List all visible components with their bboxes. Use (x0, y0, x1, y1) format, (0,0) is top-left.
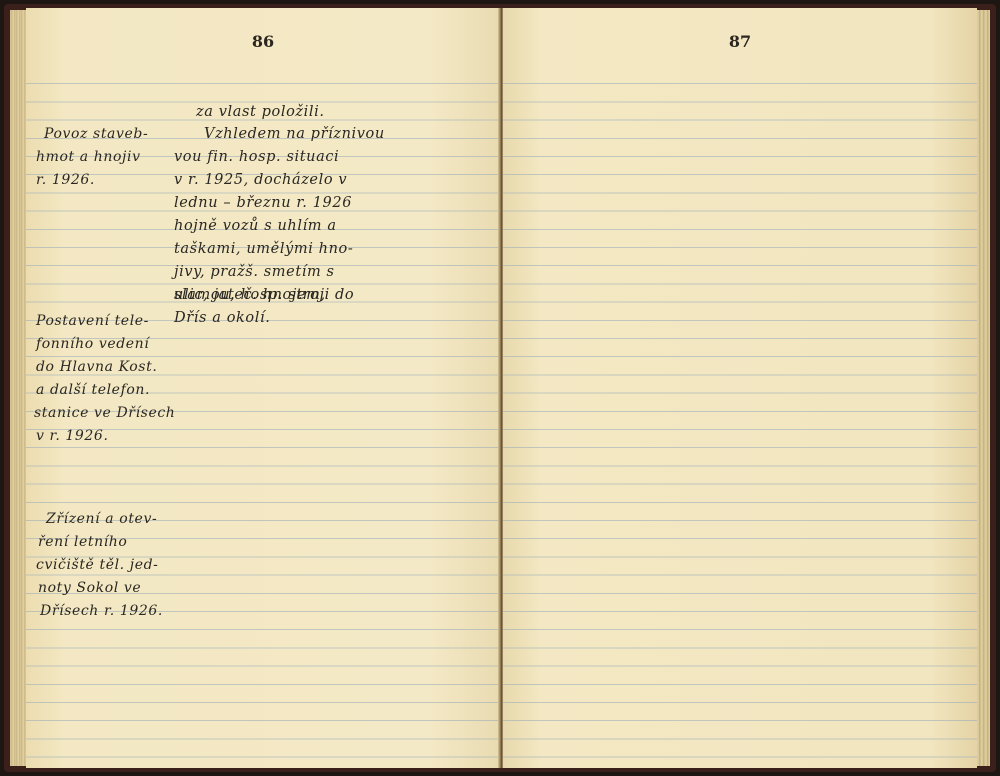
margin-note-line: v r. 1926. (36, 425, 109, 448)
margin-note-line: a další telefon. (36, 379, 150, 402)
body-line: za vlast položili. (196, 101, 325, 124)
body-line: vou fin. hosp. situaci (174, 146, 339, 169)
margin-note-line: stanice ve Dřísech (34, 402, 175, 425)
margin-note-line: Postavení tele- (36, 310, 149, 333)
margin-note-line: hmot a hnojiv (36, 146, 141, 169)
body-line: v r. 1925, docházelo v (174, 169, 347, 192)
margin-note-line: Dřísech r. 1926. (40, 600, 163, 623)
margin-note-line: r. 1926. (36, 169, 95, 192)
body-line: Dřís a okolí. (174, 307, 270, 330)
margin-note-line: noty Sokol ve (38, 577, 141, 600)
body-line: jivy, pražš. smetím s (174, 261, 335, 284)
page-number: 86 (26, 32, 500, 51)
body-line: taškami, umělými hno- (174, 238, 353, 261)
right-page: 87 (503, 8, 977, 768)
body-line: Vzhledem na příznivou (204, 123, 385, 146)
margin-note-line: cvičiště těl. jed- (36, 554, 159, 577)
page-number: 87 (503, 32, 977, 51)
margin-note-line: fonního vedení (36, 333, 149, 356)
body-line: slamou, hosp. stroji do (174, 284, 354, 307)
body-line: hojně vozů s uhlím a (174, 215, 337, 238)
body-line: lednu – březnu r. 1926 (174, 192, 352, 215)
ruled-lines (503, 66, 977, 768)
left-page: 86 Povoz staveb- hmot a hnojiv r. 1926. … (26, 8, 500, 768)
margin-note-line: do Hlavna Kost. (36, 356, 157, 379)
margin-note-line: ření letního (38, 531, 127, 554)
margin-note-line: Zřízení a otev- (46, 508, 157, 531)
margin-note-line: Povoz staveb- (44, 123, 148, 146)
